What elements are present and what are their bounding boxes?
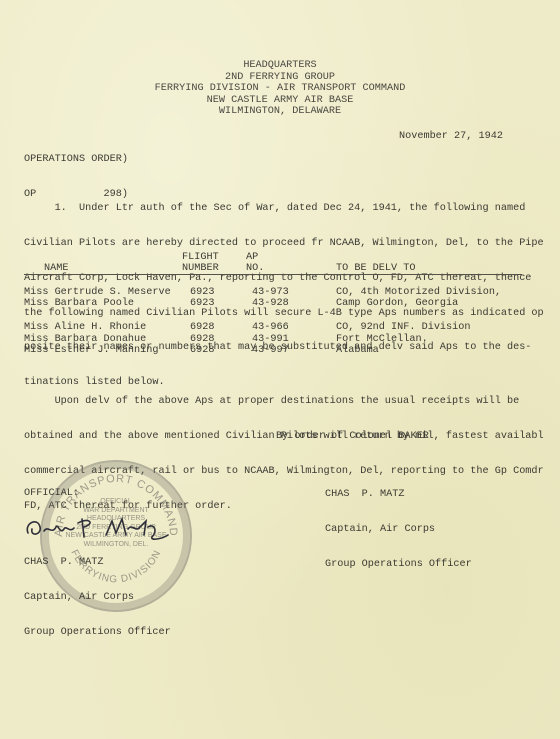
header-ap-line2: NO. xyxy=(246,263,264,274)
paragraph-line: Upon delv of the above Aps at proper des… xyxy=(24,396,544,408)
official-title: Group Operations Officer xyxy=(24,627,171,639)
flight-number: 6923 xyxy=(190,287,214,299)
signer-title: Group Operations Officer xyxy=(325,559,472,571)
destination: Fort McClellan. xyxy=(336,334,428,346)
flight-number: 6928 xyxy=(190,322,214,334)
pilot-name: Miss Esther J. Manning xyxy=(24,345,159,357)
header-flight-line2: NUMBER xyxy=(182,263,219,274)
signature-block: CHAS P. MATZ Captain, Air Corps Group Op… xyxy=(325,466,472,594)
signer-name: CHAS P. MATZ xyxy=(325,489,472,501)
ap-number: 43-928 xyxy=(252,298,289,310)
official-rank: Captain, Air Corps xyxy=(24,592,171,604)
by-order-line: By order of Colonel BAKER xyxy=(276,431,429,443)
document-page: HEADQUARTERS 2ND FERRYING GROUP FERRYING… xyxy=(0,0,560,739)
pilot-name: Miss Aline H. Rhonie xyxy=(24,322,146,334)
header-flight-number: FLIGHT NUMBER xyxy=(182,252,219,274)
order-date: November 27, 1942 xyxy=(399,131,503,143)
ap-number: 43-966 xyxy=(252,322,289,334)
destination: Camp Gordon, Georgia xyxy=(336,298,458,310)
header-flight-line1: FLIGHT xyxy=(182,252,219,263)
letterhead-group: 2ND FERRYING GROUP xyxy=(0,72,560,84)
header-ap-line1: AP xyxy=(246,252,264,263)
pilot-name: Miss Barbara Donahue xyxy=(24,334,146,346)
paragraph-line: 1. Under Ltr auth of the Sec of War, dat… xyxy=(24,203,534,215)
official-signature-block: CHAS P. MATZ Captain, Air Corps Group Op… xyxy=(24,534,171,662)
official-label: OFFICIAL: xyxy=(24,488,79,500)
letterhead-headquarters: HEADQUARTERS xyxy=(0,60,560,72)
ap-number: 43-973 xyxy=(252,287,289,299)
letterhead-base: NEW CASTLE ARMY AIR BASE xyxy=(0,95,560,107)
destination: Alabama xyxy=(336,345,379,357)
official-name: CHAS P. MATZ xyxy=(24,557,171,569)
letterhead: HEADQUARTERS 2ND FERRYING GROUP FERRYING… xyxy=(0,60,560,118)
paragraph-line: Civilian Pilots are hereby directed to p… xyxy=(24,238,534,250)
flight-number: 6928 xyxy=(190,334,214,346)
letterhead-city: WILMINGTON, DELAWARE xyxy=(0,106,560,118)
table-row: Miss Aline H. Rhonie 6928 43-966 CO, 92n… xyxy=(24,322,534,334)
order-line-1: OPERATIONS ORDER) xyxy=(24,154,128,166)
header-name: NAME xyxy=(44,263,68,274)
letterhead-division: FERRYING DIVISION - AIR TRANSPORT COMMAN… xyxy=(0,83,560,95)
table-header: NAME FLIGHT NUMBER AP NO. TO BE DELV TO xyxy=(24,252,522,275)
ap-number: 43-997 xyxy=(252,345,289,357)
destination: CO, 4th Motorized Division, xyxy=(336,287,501,299)
flight-number: 6923 xyxy=(190,298,214,310)
flight-number: 6928 xyxy=(190,345,214,357)
ap-number: 43-991 xyxy=(252,334,289,346)
header-ap-number: AP NO. xyxy=(246,252,264,274)
pilot-name: Miss Gertrude S. Meserve xyxy=(24,287,171,299)
destination: CO, 92nd INF. Division xyxy=(336,322,471,334)
header-deliver-to: TO BE DELV TO xyxy=(336,263,415,274)
signer-rank: Captain, Air Corps xyxy=(325,524,472,536)
pilot-name: Miss Barbara Poole xyxy=(24,298,134,310)
table-row: Miss Esther J. Manning 6928 43-997 Alaba… xyxy=(24,345,534,357)
table-row: Miss Barbara Poole 6923 43-928 Camp Gord… xyxy=(24,298,534,310)
